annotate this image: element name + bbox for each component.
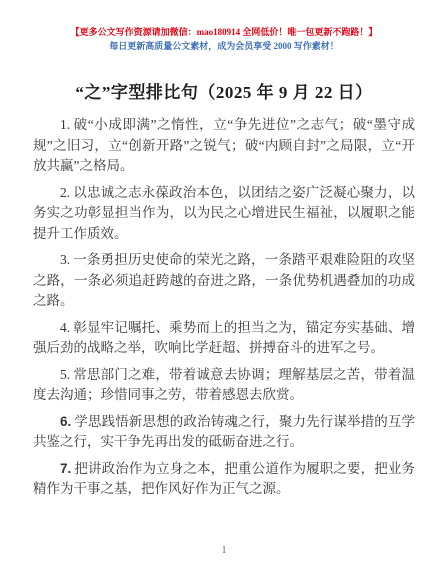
paragraph-4-text: 彰显牢记嘱托、乘势而上的担当之为，锚定夯实基础、增强后劲的战略之举，吹响比学赶超…: [33, 320, 415, 356]
paragraph-6-text: 学思践悟新思想的政治铸魂之行，聚力先行谋举措的互学共鉴之行，实干争先再出发的砥砺…: [33, 414, 415, 450]
paragraph-2-text: 以忠诚之志永葆政治本色，以团结之姿广泛凝心聚力，以务实之功彰显担当作为，以为民之…: [33, 185, 415, 241]
paragraph-3-number: 3.: [60, 252, 70, 267]
page-title: “之”字型排比句（2025 年 9 月 22 日）: [33, 78, 415, 103]
paragraph-2: 2.以忠诚之志永葆政治本色，以团结之姿广泛凝心聚力，以务实之功彰显担当作为，以为…: [33, 183, 415, 245]
paragraph-4: 4.彰显牢记嘱托、乘势而上的担当之为，锚定夯实基础、增强后劲的战略之举，吹响比学…: [33, 318, 415, 359]
document-page: 【更多公文写作资源请加微信：mao180914 全网低价！唯一包更新不跑路！】 …: [0, 0, 448, 580]
promo-banner-blue: 每日更新高质量公文素材，成为会员享受 2000 写作素材！: [33, 39, 415, 53]
paragraph-4-number: 4.: [60, 320, 70, 335]
paragraph-7-text: 把讲政治作为立身之本，把重公道作为履职之要，把业务精作为干事之基，把作风好作为正…: [33, 461, 415, 497]
paragraph-1-number: 1.: [60, 117, 70, 132]
promo-banner-red: 【更多公文写作资源请加微信：mao180914 全网低价！唯一包更新不跑路！】: [33, 25, 415, 39]
paragraph-6-number: 6.: [60, 414, 71, 429]
paragraph-7: 7.把讲政治作为立身之本，把重公道作为履职之要，把业务精作为干事之基，把作风好作…: [33, 459, 415, 500]
paragraph-2-number: 2.: [60, 185, 70, 200]
paragraph-1: 1.破“小成即满”之惰性，立“争先进位”之志气；破“墨守成规”之旧习，立“创新开…: [33, 115, 415, 177]
paragraph-1-text: 破“小成即满”之惰性，立“争先进位”之志气；破“墨守成规”之旧习，立“创新开路”…: [33, 117, 415, 173]
paragraph-7-number: 7.: [60, 461, 71, 476]
paragraph-3: 3.一条勇担历史使命的荣光之路，一条踏平艰难险阻的攻坚之路，一条必须追赶跨越的奋…: [33, 250, 415, 312]
paragraph-6: 6.学思践悟新思想的政治铸魂之行，聚力先行谋举措的互学共鉴之行，实干争先再出发的…: [33, 412, 415, 453]
paragraph-5-text: 常思部门之难，带着诚意去协调；理解基层之苦，带着温度去沟通；珍惜同事之劳，带着感…: [33, 367, 415, 403]
paragraph-3-text: 一条勇担历史使命的荣光之路，一条踏平艰难险阻的攻坚之路，一条必须追赶跨越的奋进之…: [33, 252, 415, 308]
paragraph-5: 5.常思部门之难，带着诚意去协调；理解基层之苦，带着温度去沟通；珍惜同事之劳，带…: [33, 365, 415, 406]
paragraph-5-number: 5.: [60, 367, 70, 382]
page-number: 1: [0, 545, 448, 556]
